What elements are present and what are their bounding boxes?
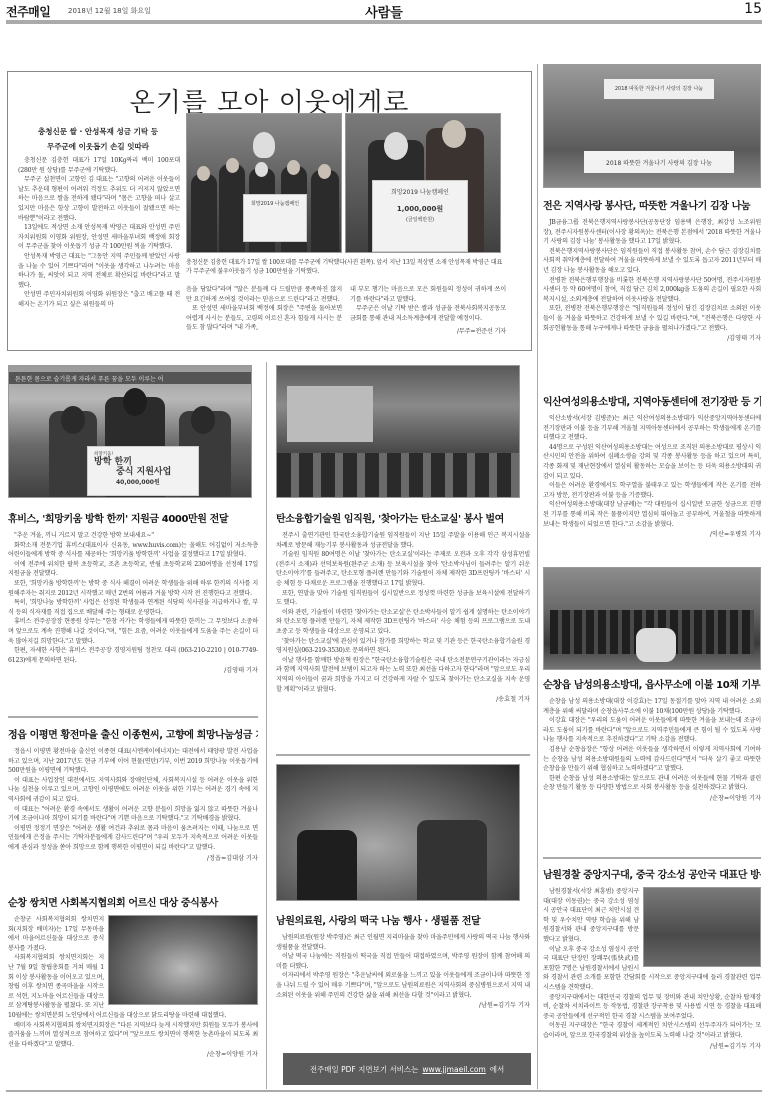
pdf-service-banner: 전주매일 PDF 지면보기 서비스는 www.jjmaeil.com에서 xyxy=(283,1053,531,1085)
article-huvis: 휴비스, '희망키움 방학 한끼' 지원금 4000만원 전달 "추운 겨울, … xyxy=(8,510,258,674)
sign-amount: 40,000,000원 xyxy=(94,477,192,486)
byline: /정읍=김대삼 기자 xyxy=(8,853,258,862)
sign-title: 희망2019 나눔캠페인 xyxy=(373,187,467,196)
paragraph: 이 대표는 사업장인 대전에서도 지역사회와 장애인단체, 사회복지시설 등 어… xyxy=(8,776,258,805)
section-divider xyxy=(8,716,258,718)
byline: /남원=김기두 기자 xyxy=(543,1041,761,1050)
paragraph: 13일에도 적상면 소재 안성목재 박영근 대표와 안성면 주민자치위원회 이영… xyxy=(18,223,180,252)
paragraph: 또한, 연말을 맞아 기술원 임직원들이 십시일반으로 정성껏 마련한 성금을 … xyxy=(276,589,530,608)
page-bottom-rule xyxy=(6,1090,762,1092)
paragraph: 기술원 임직원 80여명은 이날 '찾아가는 탄소교실'이라는 주제로 오전과 … xyxy=(276,550,530,588)
masthead-rule xyxy=(6,20,762,24)
paragraph: "추운 겨울, 끼니 거르지 말고 건강한 방학 보내세요~" xyxy=(8,531,258,541)
paragraph: 전병찬 전북은행부행장을 비롯한 전북은행 지역사랑봉사단 50여명, 전주시자… xyxy=(543,276,761,305)
article-sunchang-blanket: 순창읍 남성의용소방대, 읍사무소에 이불 10채 기부 순창읍 남성 의용소방… xyxy=(543,676,761,802)
school-banner: 튼튼한 몸으로 슬기롭게 자라서 푸른 꿈을 모두 이루는 어 xyxy=(9,372,251,384)
article-namwon-hospital: 남원의료원, 사랑의 떡국 나눔 행사 · 생필품 전달 남원의료원(원장 박주… xyxy=(276,912,530,1009)
headline: 남원의료원, 사랑의 떡국 나눔 행사 · 생필품 전달 xyxy=(276,912,530,927)
byline: /김영태 기자 xyxy=(543,333,761,342)
paragraph: 휴비스 전주공장장 현종원 상무는 "한창 커가는 학생들에게 따뜻한 한끼는 … xyxy=(8,617,258,646)
byline: /김영태 기자 xyxy=(8,665,258,674)
article-body: "추운 겨울, 끼니 거르지 말고 건강한 방학 보내세요~" 화학소재 전문기… xyxy=(8,531,258,665)
paragraph: 내 부모 챙기는 마음으로 모은 회원들의 정성이 귀하게 쓰이기를 바란다"라… xyxy=(350,285,506,304)
paragraph: 익산소방서(서장 김병준)는 최근 익산여성의용소방대가 익산중앙지역아동센터에… xyxy=(543,414,761,443)
paragraph: 한편, 자세한 사항은 휴비스 전주공장 경영지원팀 정찬모 대리 (063-2… xyxy=(8,646,258,665)
paragraph: 이에 전주에 위치한 팔복 초등학교, 조촌 초등학교, 반월 초등학교의 23… xyxy=(8,560,258,579)
paragraph: 특히, '희망나눔 방학한끼' 사업은 선정된 학생들과 연계된 식당의 식사권… xyxy=(8,598,258,617)
byline: /송효철 기자 xyxy=(276,694,530,703)
paragraph: '찾아가는 탄소교실'에 관심이 있거나 참가를 희망하는 학교 및 기관 등은… xyxy=(276,637,530,656)
byline: /무주=전준선 기자 xyxy=(350,327,506,337)
sangchi-photo xyxy=(108,915,258,1005)
paragraph: 김용남 순창읍장은 "항상 어려운 이웃들을 생각하면서 이렇게 지역사회에 기… xyxy=(543,745,761,774)
headline: 전은 지역사랑 봉사단, 따뜻한 겨울나기 김장 나눔 xyxy=(543,197,761,212)
paragraph: 순창읍 남성 의용소방대(대장 이강효)는 17일 동절기를 맞아 지역 내 어… xyxy=(543,697,761,716)
sign-amount: 1,000,000원 xyxy=(373,204,467,214)
photo-caption: 충청신문 김충헌 대표가 17일 쌀 100포대를 무주군에 기탁했다(사진 왼… xyxy=(186,258,506,276)
paragraph: 또 안성면 새마을부녀회 백정애 회장은 "주변을 둘아보면 어렵게 사시는 분… xyxy=(186,304,342,333)
emblem-icon xyxy=(253,132,275,158)
paragraph: 남원의료원(원장 박주영)은 최근 인월면 지리마을을 찾아 마을주민에게 사랑… xyxy=(276,933,530,952)
headline: 순창읍 남성의용소방대, 읍사무소에 이불 10채 기부 xyxy=(543,676,761,691)
feature-photo-left: 희망2019 나눔캠페인 xyxy=(186,113,342,253)
carbon-photo xyxy=(276,365,520,498)
sunchang-firefighters-photo xyxy=(543,567,761,670)
paragraph: 익산여성의용소방대(대장 남금례)는 "각 대원들이 십시일반 모금한 성금으로… xyxy=(543,500,761,529)
section-divider xyxy=(276,754,530,756)
page-number: 15 xyxy=(744,1,762,17)
feature-subtitle-line-1: 충청신문 쌀 · 안성목재 성금 기탁 등 xyxy=(18,124,178,139)
article-sangchi: 순창 쌍치면 사회복지협의회 어르신 대상 중식봉사 순창군 사회복지협의회 쌍… xyxy=(8,894,258,1058)
byline: /순창=이양원 기자 xyxy=(543,793,761,802)
feature-column-1: 충청신문 김충헌 대표가 17일 10Kg짜리 백미 100포대(280만 원 … xyxy=(18,156,180,310)
feature-column-2: 음을 담았다"라며 "많은 분들께 다 드릴만큼 풍족하진 않지만 요긴하게 쓰… xyxy=(186,285,342,333)
paragraph: 이들은 어려운 환경에서도 학구열을 불태우고 있는 학생들에게 작은 온기를 … xyxy=(543,481,761,500)
article-namwon-police: 남원경찰 중앙지구대, 중국 강소성 공안국 대표단 방문 남원경찰서(서장 최… xyxy=(543,866,761,1050)
feature-subtitle-line-2: 무주군에 이웃돕기 손길 잇따라 xyxy=(18,139,178,154)
byline: /순창=이양원 기자 xyxy=(8,1049,258,1058)
headline: 순창 쌍치면 사회복지협의회 어르신 대상 중식봉사 xyxy=(8,894,258,909)
article-carbon: 탄소융합기술원 임직원, '찾아가는 탄소교실' 봉사 벌여 전주시 출연기관인… xyxy=(276,510,530,703)
paragraph: 44명으로 구성된 익산여성의용소방대는 여성으로 조직된 의용소방대로 평상시… xyxy=(543,443,761,481)
article-body: 전주시 출연기관인 한국탄소융합기술원 임직원들이 지난 15일 주말을 이용해… xyxy=(276,531,530,694)
paragraph: 이평면 정정기 면장은 "어려운 생활 여건과 추위로 몸과 마음이 움츠려지는… xyxy=(8,824,258,853)
paragraph: 이날 떡국 나눔에는 직원들이 떡국을 직접 만들어 대접하였으며, 박주영 원… xyxy=(276,952,530,971)
headline: 익산여성의용소방대, 지역아동센터에 전기장판 등 기부 xyxy=(543,393,761,408)
paragraph: 이동권 지구대장은 "한국 경찰이 세계적인 치안시스템의 선두주자가 되어가는… xyxy=(543,1021,761,1040)
sign-line: 방학 한끼 xyxy=(94,457,192,467)
headline: 남원경찰 중앙지구대, 중국 강소성 공안국 대표단 방문 xyxy=(543,866,761,881)
paragraph: 무주군 설천면이 고향인 김 대표는 "고향의 어려운 이웃들이 날도 추운데 … xyxy=(18,175,180,223)
paragraph: 이날 행사를 함께한 방윤혁 원장은 "한국탄소융합기술원은 국내 탄소전문연구… xyxy=(276,656,530,694)
event-banner: 2018 따뜻한 겨울나기 사랑의 김장 나눔 xyxy=(604,79,714,99)
paragraph: 음을 담았다"라며 "많은 분들께 다 드릴만큼 풍족하진 않지만 요긴하게 쓰… xyxy=(186,285,342,304)
sign-line: 중식 지원사업 xyxy=(94,467,192,477)
paragraph: 안성목재 박영근 대표는 "그동안 지역 주민들께 받았던 사랑을 나눌 수 있… xyxy=(18,252,180,290)
namwon-police-photo xyxy=(643,887,761,967)
paragraph: 정읍시 이평면 황전마을 출신인 이종현 대표(시엔케이에너지)는 대전에서 태… xyxy=(8,747,258,776)
paragraph: 또한, '희망키움 방학한끼'는 방학 중 식사 해결이 어려운 학생들을 위해… xyxy=(8,579,258,598)
paragraph: 배미자 사회복지협의회 쌍치면지회장은 "다른 지역보다 늦게 시작했지만 회원… xyxy=(8,1021,258,1050)
paragraph: 화학소재 전문기업 휴비스(대표이사 신유동, www.huvis.com)는 … xyxy=(8,541,258,560)
pdf-banner-suffix: 에서 xyxy=(490,1064,505,1075)
feature-subtitle: 충청신문 쌀 · 안성목재 성금 기탁 등 무주군에 이웃돕기 손길 잇따라 xyxy=(18,124,178,154)
headline: 정읍 이평면 황전마을 출신 이종현씨, 고향에 희망나눔성금 기탁 xyxy=(8,726,258,741)
article-body: 남원의료원(원장 박주영)은 최근 인월면 지리마을을 찾아 마을주민에게 사랑… xyxy=(276,933,530,1000)
section-title: 사람들 xyxy=(6,2,762,21)
paragraph: 이강효 대장은 "우리의 도움이 어려운 이웃들에게 따뜻한 겨울을 보내는데 … xyxy=(543,716,761,745)
article-kimjang: 전은 지역사랑 봉사단, 따뜻한 겨울나기 김장 나눔 JB금융그룹 전북은행지… xyxy=(543,197,761,342)
paragraph: 또한, 전병찬 전북은행부행장은 "임직원들의 정성이 담긴 김장김치로 소외된… xyxy=(543,304,761,333)
kimjang-photo: 2018 따뜻한 겨울나기 사랑의 김장 나눔 2018 따뜻한 겨울나기 사랑… xyxy=(543,64,761,188)
headline: 탄소융합기술원 임직원, '찾아가는 탄소교실' 봉사 벌여 xyxy=(276,510,530,525)
namwon-hospital-photo xyxy=(276,764,520,901)
feature-column-3: 내 부모 챙기는 마음으로 모은 회원들의 정성이 귀하게 쓰이기를 바란다"라… xyxy=(350,285,506,337)
sign-note: (금일백만원) xyxy=(373,216,467,223)
paragraph: 무주군은 이날 기탁 받은 쌀과 성금을 전북사회복지공동모금회를 통해 관내 … xyxy=(350,304,506,323)
donation-sign: 희망2019 나눔캠페인 xyxy=(243,194,307,242)
paragraph: 이자리에서 박주영 원장은 "추운날씨에 외로움을 느끼고 있을 이웃들에게 조… xyxy=(276,971,530,1000)
paragraph: 이와 관련, 기술원이 마련한 '찾아가는 탄소교실'은 탄소박사들이 알기 쉽… xyxy=(276,608,530,637)
huvis-photo: 튼튼한 몸으로 슬기롭게 자라서 푸른 꿈을 모두 이루는 어 희망키움! 방학… xyxy=(8,365,252,498)
donation-sign: 희망2019 나눔캠페인 1,000,000원 (금일백만원) xyxy=(372,180,468,252)
paragraph: 전북은행지역사랑봉사단은 임직원들이 직접 봉사활동 참여, 손수 담근 김장김… xyxy=(543,247,761,276)
paragraph: 안성면 주민자치위원회 이영화 위원장은 "춥고 배고플 때 전해지는 온기가 … xyxy=(18,290,180,309)
paragraph: 충청신문 김충헌 대표가 17일 10Kg짜리 백미 100포대(280만 원 … xyxy=(18,156,180,175)
paragraph: 중앙지구대에서는 대한민국 경찰의 업무 및 장비와 관내 치안상황, 순찰차 … xyxy=(543,993,761,1022)
paragraph: JB금융그룹 전북은행지역사랑봉사단(공동단장 임용택 은행장, 최강성 노조위… xyxy=(543,218,761,247)
feature-article: 온기를 모아 이웃에게로 충청신문 쌀 · 안성목재 성금 기탁 등 무주군에 … xyxy=(7,71,532,351)
article-jeongeup: 정읍 이평면 황전마을 출신 이종현씨, 고향에 희망나눔성금 기탁 정읍시 이… xyxy=(8,726,258,862)
article-body: 순창읍 남성 의용소방대(대장 이강효)는 17일 동절기를 맞아 지역 내 어… xyxy=(543,697,761,793)
article-body: JB금융그룹 전북은행지역사랑봉사단(공동단장 임용택 은행장, 최강성 노조위… xyxy=(543,218,761,333)
article-iksan: 익산여성의용소방대, 지역아동센터에 전기장판 등 기부 익산소방서(서장 김병… xyxy=(543,393,761,538)
event-table-banner: 2018 따뜻한 겨울나기 사랑의 김장 나눔 xyxy=(584,151,734,173)
donation-sign: 희망키움! 방학 한끼 중식 지원사업 40,000,000원 xyxy=(87,446,199,496)
byline: /남원=김기두 기자 xyxy=(276,1000,530,1009)
section-divider xyxy=(543,857,761,859)
article-body: 정읍시 이평면 황전마을 출신인 이종현 대표(시엔케이에너지)는 대전에서 태… xyxy=(8,747,258,853)
pdf-banner-text: 전주매일 PDF 지면보기 서비스는 xyxy=(310,1064,419,1075)
website-link[interactable]: www.jjmaeil.com xyxy=(422,1065,485,1074)
paragraph: 전주시 출연기관인 한국탄소융합기술원 임직원들이 지난 15일 주말을 이용해… xyxy=(276,531,530,550)
paragraph: 이 대표는 "어려운 환경 속에서도 생활이 어려운 고향 분들이 희망을 잃지… xyxy=(8,805,258,824)
column-rule xyxy=(266,362,267,1089)
byline: /익산=우병희 기자 xyxy=(543,529,761,538)
headline: 휴비스, '희망키움 방학 한끼' 지원금 4000만원 전달 xyxy=(8,510,258,525)
paragraph: 한편 순창읍 남성 의용소방대는 앞으로도 관내 어려운 이웃들에 현물 기탁과… xyxy=(543,774,761,793)
feature-photo-right: 희망2019 나눔캠페인 1,000,000원 (금일백만원) xyxy=(345,113,501,253)
column-rule xyxy=(537,64,538,1089)
article-body: 익산소방서(서장 김병준)는 최근 익산여성의용소방대가 익산중앙지역아동센터에… xyxy=(543,414,761,529)
